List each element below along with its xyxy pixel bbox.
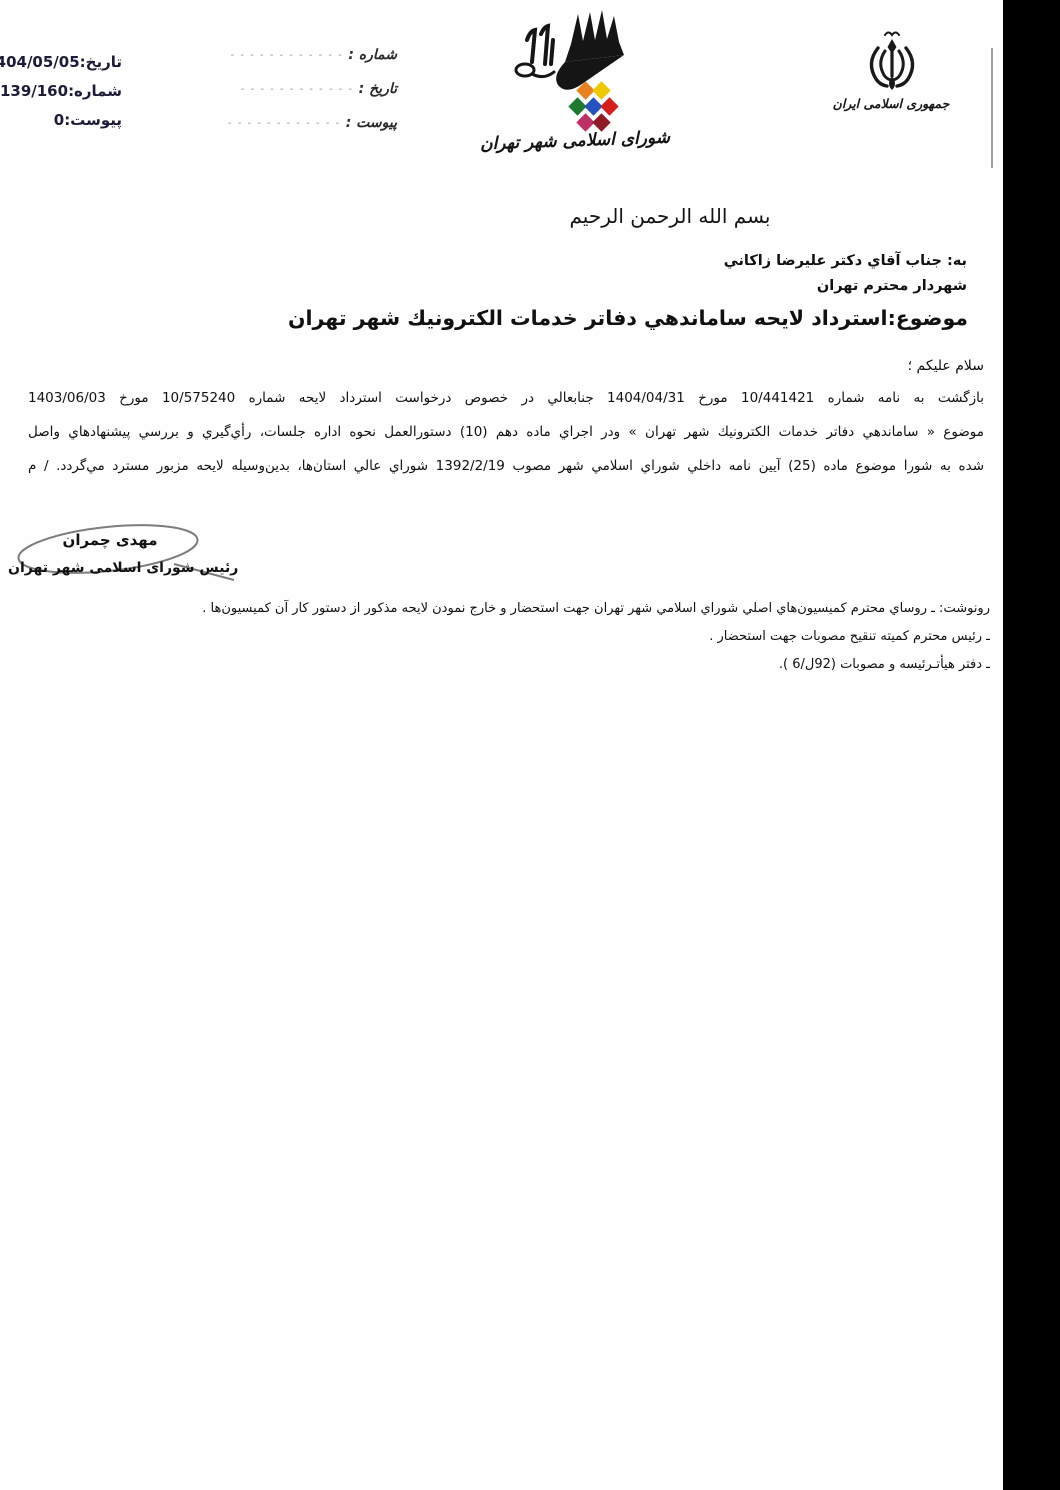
letterhead-form-fields: شماره : - - - - - - - - - - - - تاريخ : … bbox=[205, 38, 397, 140]
form-date-blank: - - - - - - - - - - - - bbox=[241, 84, 354, 95]
recipient-role: شهردار محترم تهران bbox=[817, 278, 967, 294]
salutation: سلام عليكم ؛ bbox=[908, 358, 984, 374]
basmala: بسم الله الرحمن الرحيم bbox=[520, 204, 820, 228]
meta-number-value: 7139/160 bbox=[0, 82, 68, 100]
meta-number: شماره:7139/160 bbox=[0, 77, 122, 106]
body-line: بازگشت به نامه شماره 10/441421 مورخ 1404… bbox=[28, 386, 984, 410]
form-number-label: شماره : bbox=[348, 47, 397, 63]
body-line: موضوع « ساماندهي دفاتر خدمات الكترونيك ش… bbox=[28, 420, 984, 444]
meta-date: تاريخ:1404/05/05 bbox=[0, 48, 122, 77]
subject-line: موضوع:استرداد لايحه ساماندهي دفاتر خدمات… bbox=[288, 306, 968, 330]
cc-line: ـ رئيس محترم كميته تنقيح مصوبات جهت استح… bbox=[55, 629, 990, 644]
council-logo-mosaic bbox=[561, 84, 623, 134]
meta-attachment: پيوست:0 bbox=[0, 106, 122, 135]
body-line: شده به شورا موضوع ماده (25) آيين نامه دا… bbox=[28, 454, 984, 478]
meta-attachment-value: 0 bbox=[54, 111, 64, 129]
meta-date-value: 1404/05/05 bbox=[0, 53, 80, 71]
meta-attachment-label: پيوست: bbox=[64, 111, 122, 129]
form-row-attachment: پيوست : - - - - - - - - - - - - bbox=[205, 106, 397, 140]
form-date-label: تاريخ : bbox=[359, 81, 397, 97]
letterhead-edge-line bbox=[991, 48, 993, 168]
letter-page: تاريخ:1404/05/05 شماره:7139/160 پيوست:0 … bbox=[0, 0, 1060, 1490]
signatory-title: رئیس شورای اسلامی شهر تهران bbox=[8, 560, 238, 576]
emblem-title: جمهوری اسلامی ایران bbox=[826, 96, 956, 111]
signatory-name: مهدی چمران bbox=[40, 531, 180, 549]
meta-date-label: تاريخ: bbox=[80, 53, 122, 71]
cc-line: ـ دفتر هيأتـرئيسه و مصوبات (92ل/6 ). bbox=[55, 657, 990, 672]
iran-emblem-icon bbox=[856, 28, 928, 98]
form-attachment-label: پيوست : bbox=[346, 115, 397, 131]
scan-black-strip bbox=[1003, 0, 1060, 1490]
form-row-date: تاريخ : - - - - - - - - - - - - bbox=[205, 72, 397, 106]
letter-meta-block: تاريخ:1404/05/05 شماره:7139/160 پيوست:0 bbox=[0, 48, 122, 135]
council-logo-title: شورای اسلامی شهر تهران bbox=[455, 127, 696, 155]
mosaic-diamond bbox=[600, 97, 618, 115]
cc-line: رونوشت: ـ روساي محترم كميسيون‌هاي اصلي ش… bbox=[55, 601, 990, 616]
form-row-number: شماره : - - - - - - - - - - - - bbox=[205, 38, 397, 72]
form-number-blank: - - - - - - - - - - - - bbox=[231, 50, 344, 61]
form-attachment-blank: - - - - - - - - - - - - bbox=[228, 118, 341, 129]
meta-number-label: شماره: bbox=[68, 82, 122, 100]
recipient-line: به: جناب آقاي دكتر عليرضا زاكاني bbox=[724, 253, 967, 269]
